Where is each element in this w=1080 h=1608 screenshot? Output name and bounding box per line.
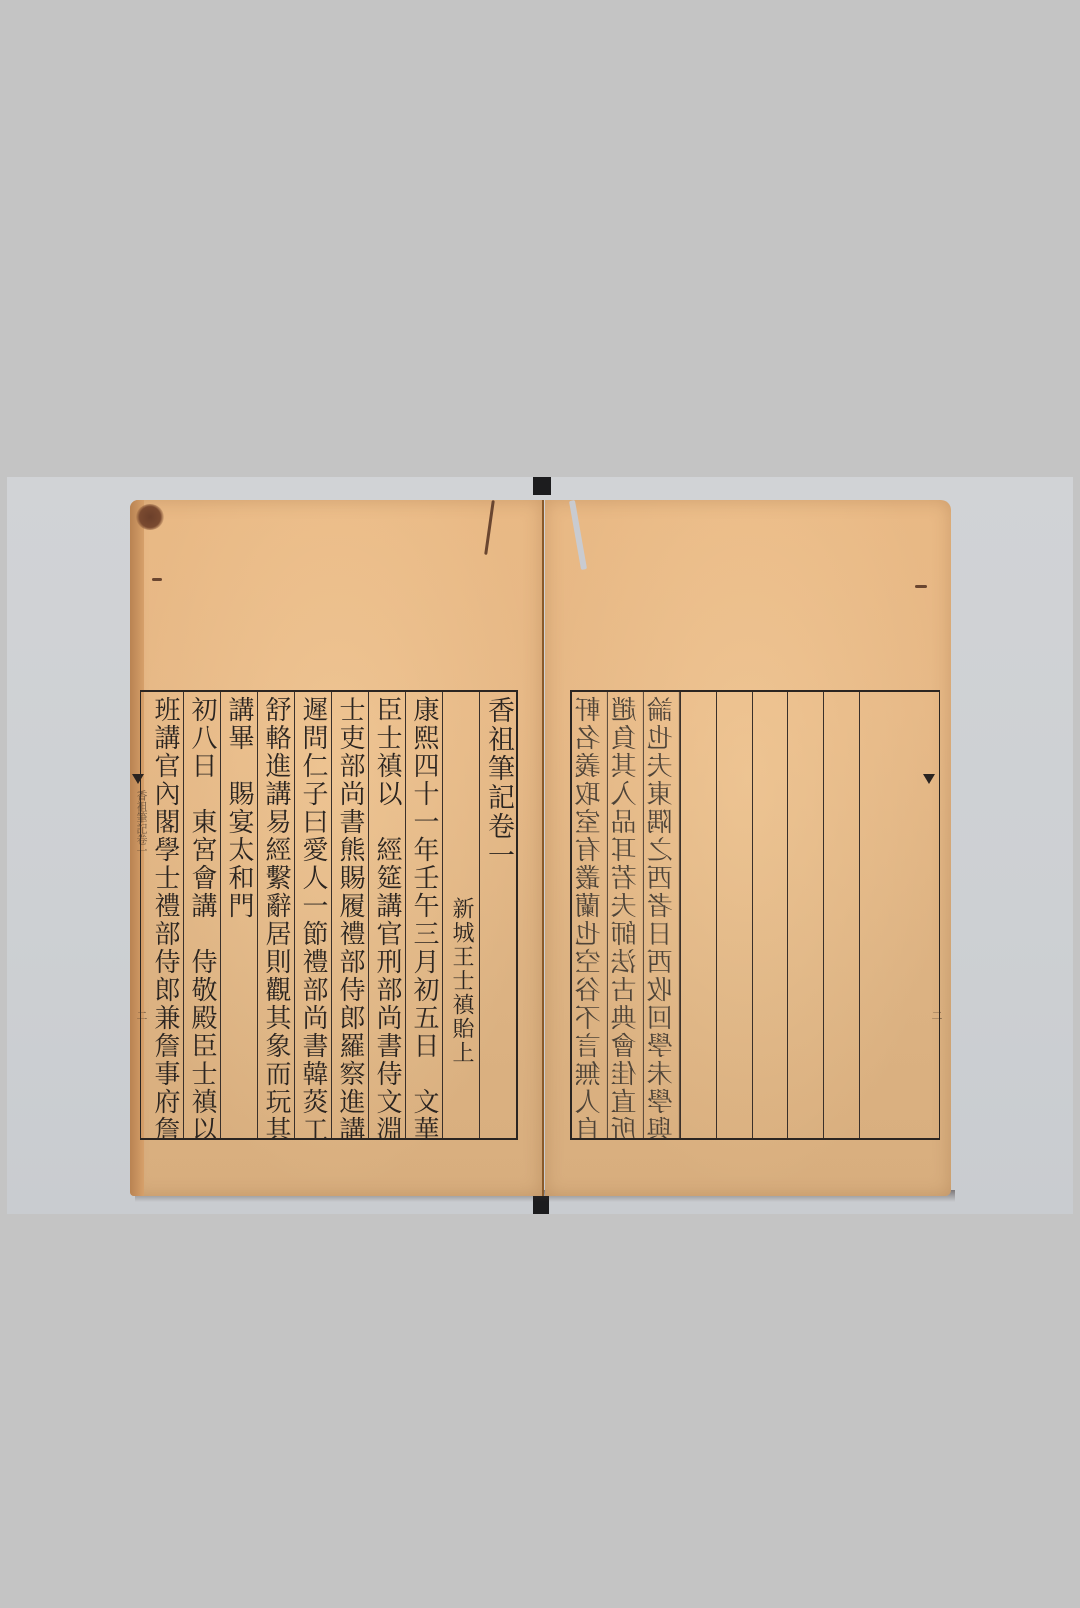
text-column: 初八日 東宮會講 侍敬殿臣士禛以尚書侍 (183, 692, 220, 1138)
empty-column (680, 692, 716, 1138)
show-through-columns: 軒名義取室有叢蘭也空谷不言無人自芳政可 趙負其入品耳若夫師法古典會佳直所亭之謠 … (572, 692, 939, 1138)
fish-tail-mark-icon (923, 774, 935, 784)
show-through-column: 趙負其入品耳若夫師法古典會佳直所亭之謠 (608, 692, 644, 1138)
printed-frame: 香祖筆記卷一 新城王士禛貽上 康熙四十一年壬午三月初五日 文華殿經筵 臣士禛以 … (140, 690, 518, 1140)
text-column: 班講官內閣學士禮部侍郎兼詹事府詹事來道 (146, 692, 183, 1138)
wormhole (152, 578, 162, 581)
book-spine (542, 500, 544, 1196)
left-page: 香祖筆記卷一 二 香祖筆記卷一 新城王士禛貽上 康熙四十一年壬午三月初五日 文華… (130, 500, 542, 1196)
text-column: 康熙四十一年壬午三月初五日 文華殿經筵 (405, 692, 442, 1138)
stain-corner (136, 504, 164, 530)
printed-frame: 軒名義取室有叢蘭也空谷不言無人自芳政可 趙負其入品耳若夫師法古典會佳直所亭之謠 … (570, 690, 940, 1140)
author-line: 新城王士禛貽上 (442, 692, 479, 1138)
empty-column (859, 692, 895, 1138)
show-through-column: 軒名義取室有叢蘭也空谷不言無人自芳政可 (572, 692, 608, 1138)
empty-column (895, 692, 939, 1138)
chapter-heading: 香祖筆記卷一 (479, 692, 516, 1138)
empty-column (716, 692, 752, 1138)
empty-column (823, 692, 859, 1138)
text-column: 士吏部尚書熊賜履禮部侍郎羅察進講四書樊 (331, 692, 368, 1138)
margin-page-number: 二 (928, 1010, 944, 1021)
show-through-column: 論也夫東隅之西者日西收回學未學與 (644, 692, 680, 1138)
text-column: 舒輅進講易經繫辭居則觀其象而玩其辭四句 (257, 692, 294, 1138)
wormhole (915, 585, 927, 588)
text-column: 講畢 賜宴太和門 (220, 692, 257, 1138)
empty-column (787, 692, 823, 1138)
paper-tear (569, 500, 587, 570)
text-columns: 香祖筆記卷一 新城王士禛貽上 康熙四十一年壬午三月初五日 文華殿經筵 臣士禛以 … (141, 692, 516, 1138)
paper-tear (484, 500, 495, 555)
text-column: 臣士禛以 經筵講官刑部尚書侍文淵閣大學 (368, 692, 405, 1138)
text-column: 遲問仁子曰愛人一節禮部尚書韓菼工部侍郎 (294, 692, 331, 1138)
bookmark-ribbon-top (533, 477, 551, 495)
empty-column (752, 692, 788, 1138)
right-page: 軒名義取室有叢蘭也空谷不言無人自芳政可 趙負其入品耳若夫師法古典會佳直所亭之謠 … (545, 500, 951, 1196)
